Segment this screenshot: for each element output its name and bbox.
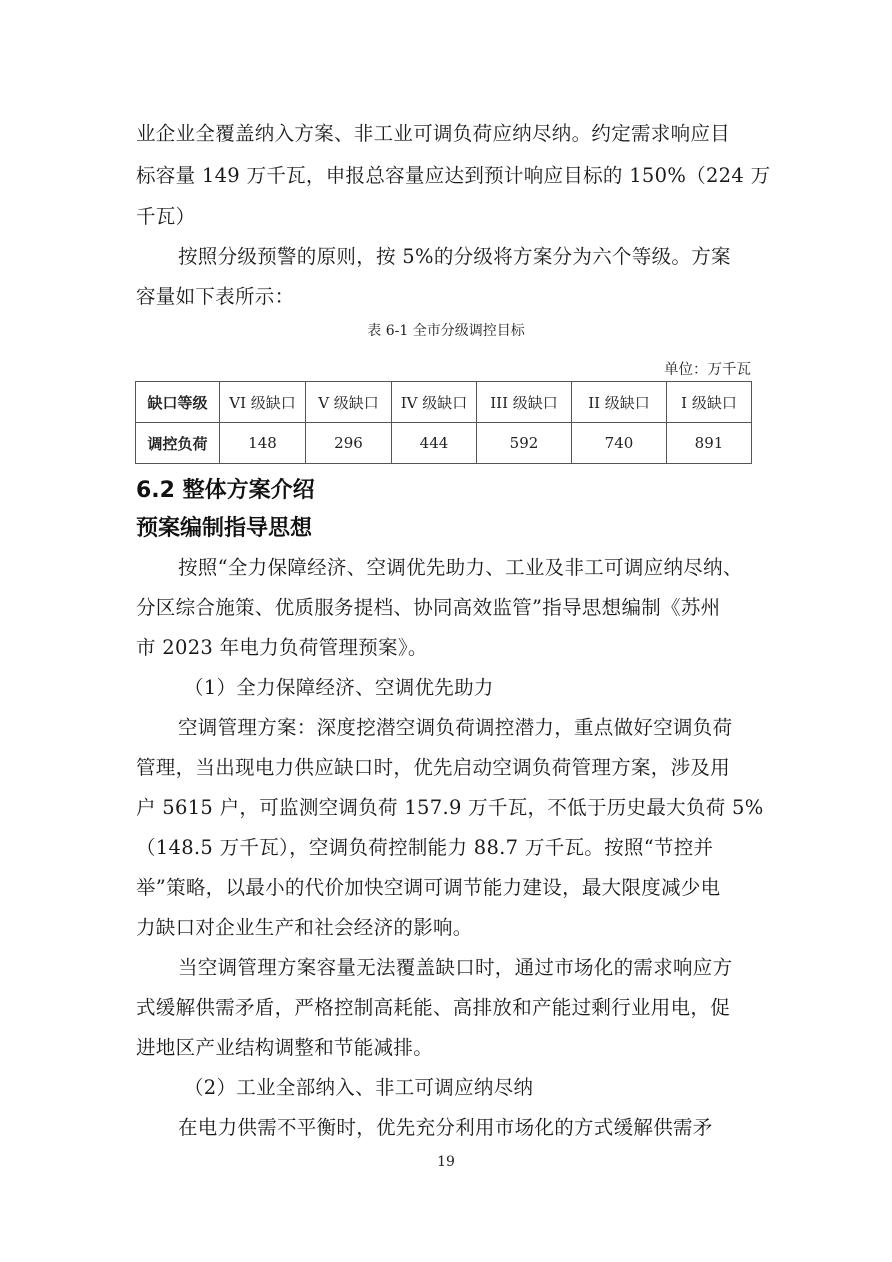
load-cell: 444 xyxy=(392,423,477,464)
paragraph-line: 户 5615 户，可监测空调负荷 157.9 万千瓦，不低于历史最大负荷 5% xyxy=(136,792,764,820)
list-heading: （1）全力保障经济、空调优先助力 xyxy=(184,672,494,700)
level-cell: IV 级缺口 xyxy=(392,382,477,423)
paragraph-line: 业企业全覆盖纳入方案、非工业可调负荷应纳尽纳。约定需求响应目 xyxy=(136,118,730,146)
paragraph-line: 千瓦） xyxy=(136,201,195,229)
paragraph-line: 空调管理方案：深度挖潜空调负荷调控潜力，重点做好空调负荷 xyxy=(178,712,732,740)
paragraph-line: 按照“全力保障经济、空调优先助力、工业及非工可调应纳尽纳、 xyxy=(178,552,743,580)
paragraph-line: 按照分级预警的原则，按 5%的分级将方案分为六个等级。方案 xyxy=(178,241,731,269)
load-cell: 148 xyxy=(220,423,306,464)
paragraph-line: 当空调管理方案容量无法覆盖缺口时，通过市场化的需求响应方 xyxy=(178,952,732,980)
paragraph-line: 式缓解供需矛盾，严格控制高耗能、高排放和产能过剩行业用电，促 xyxy=(136,992,730,1020)
load-cell: 740 xyxy=(572,423,667,464)
row-header: 缺口等级 xyxy=(136,382,220,423)
section-heading: 6.2 整体方案介绍 xyxy=(136,473,315,504)
level-cell: II 级缺口 xyxy=(572,382,667,423)
paragraph-line: 市 2023 年电力负荷管理预案》。 xyxy=(136,632,428,660)
paragraph-line: 进地区产业结构调整和节能减排。 xyxy=(136,1032,433,1060)
grading-table: 缺口等级 VI 级缺口 V 级缺口 IV 级缺口 III 级缺口 II 级缺口 … xyxy=(135,381,752,464)
paragraph-line: 力缺口对企业生产和社会经济的影响。 xyxy=(136,912,473,940)
table-unit: 单位：万千瓦 xyxy=(664,358,751,379)
list-heading: （2）工业全部纳入、非工可调应纳尽纳 xyxy=(184,1072,533,1100)
paragraph-line: 分区综合施策、优质服务提档、协同高效监管”指导思想编制《苏州 xyxy=(136,592,720,620)
paragraph-line: 举”策略，以最小的代价加快空调可调节能力建设，最大限度减少电 xyxy=(136,872,720,900)
section-subheading: 预案编制指导思想 xyxy=(136,511,312,542)
level-cell: VI 级缺口 xyxy=(220,382,306,423)
level-cell: III 级缺口 xyxy=(477,382,572,423)
load-cell: 891 xyxy=(667,423,752,464)
table-row: 缺口等级 VI 级缺口 V 级缺口 IV 级缺口 III 级缺口 II 级缺口 … xyxy=(136,382,752,423)
paragraph-line: 在电力供需不平衡时，优先充分利用市场化的方式缓解供需矛 xyxy=(178,1112,713,1140)
paragraph-line: 标容量 149 万千瓦，申报总容量应达到预计响应目标的 150%（224 万 xyxy=(136,160,770,188)
paragraph-line: （148.5 万千瓦），空调负荷控制能力 88.7 万千瓦。按照“节控并 xyxy=(136,832,713,860)
level-cell: I 级缺口 xyxy=(667,382,752,423)
paragraph-line: 管理，当出现电力供应缺口时，优先启动空调负荷管理方案，涉及用 xyxy=(136,752,730,780)
load-cell: 296 xyxy=(306,423,392,464)
level-cell: V 级缺口 xyxy=(306,382,392,423)
table-caption: 表 6-1 全市分级调控目标 xyxy=(0,320,892,340)
table-row: 调控负荷 148 296 444 592 740 891 xyxy=(136,423,752,464)
load-cell: 592 xyxy=(477,423,572,464)
page-number: 19 xyxy=(0,1154,892,1170)
row-header: 调控负荷 xyxy=(136,423,220,464)
paragraph-line: 容量如下表所示： xyxy=(136,281,294,309)
